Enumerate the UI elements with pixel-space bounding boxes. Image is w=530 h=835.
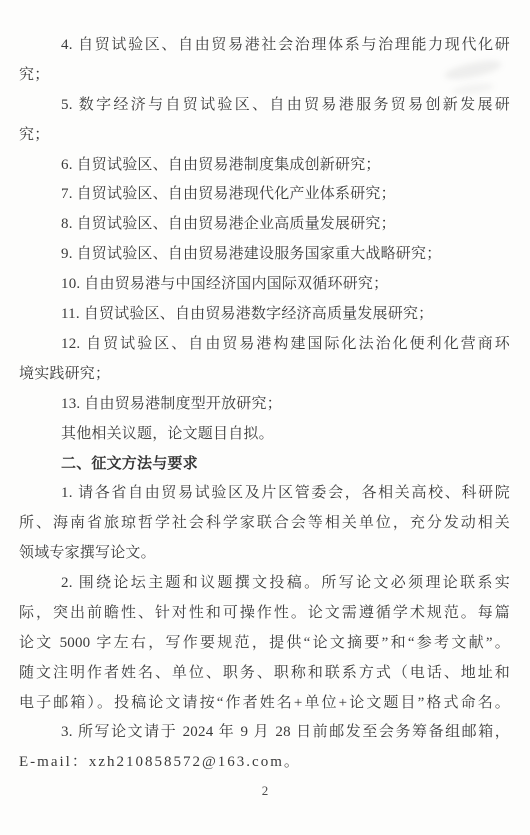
- topic-line: 13. 自由贸易港制度型开放研究；: [19, 390, 510, 420]
- body-line: 随文注明作者姓名、单位、职务、职称和联系方式（电话、地址和: [19, 659, 510, 689]
- topic-line: 10. 自由贸易港与中国经济国内国际双循环研究；: [19, 270, 510, 300]
- body-line: 论文 5000 字左右，写作要规范，提供“论文摘要”和“参考文献”。: [19, 629, 510, 659]
- topic-line: 11. 自贸试验区、自由贸易港数字经济高质量发展研究；: [19, 300, 510, 330]
- body-line: 2. 围绕论坛主题和议题撰文投稿。所写论文必须理论联系实: [19, 569, 510, 599]
- body-line: 3. 所写论文请于 2024 年 9 月 28 日前邮发至会务筹备组邮箱，: [19, 718, 510, 748]
- document-page: 4. 自贸试验区、自由贸易港社会治理体系与治理能力现代化研 究； 5. 数字经济…: [0, 0, 530, 835]
- email-line: E-mail：xzh210858572@163.com。: [19, 748, 510, 778]
- topic-line: 5. 数字经济与自贸试验区、自由贸易港服务贸易创新发展研: [19, 91, 510, 121]
- topic-line: 9. 自贸试验区、自由贸易港建设服务国家重大战略研究；: [19, 240, 510, 270]
- topic-line: 7. 自贸试验区、自由贸易港现代化产业体系研究；: [19, 180, 510, 210]
- body-line: 所、海南省旅琼哲学社会科学家联合会等相关单位，充分发动相关: [19, 509, 510, 539]
- topic-line: 究；: [19, 121, 510, 151]
- topic-line: 4. 自贸试验区、自由贸易港社会治理体系与治理能力现代化研: [19, 31, 510, 61]
- page-number: 2: [0, 783, 530, 799]
- document-body: 4. 自贸试验区、自由贸易港社会治理体系与治理能力现代化研 究； 5. 数字经济…: [19, 31, 510, 778]
- topic-line: 境实践研究；: [19, 360, 510, 390]
- body-line: 电子邮箱）。投稿论文请按“作者姓名+单位+论文题目”格式命名。: [19, 689, 510, 719]
- topic-line: 究；: [19, 61, 510, 91]
- section-heading: 二、征文方法与要求: [19, 449, 510, 479]
- body-line: 际，突出前瞻性、针对性和可操作性。论文需遵循学术规范。每篇: [19, 599, 510, 629]
- topic-line: 12. 自贸试验区、自由贸易港构建国际化法治化便利化营商环: [19, 330, 510, 360]
- body-line: 1. 请各省自由贸易试验区及片区管委会，各相关高校、科研院: [19, 479, 510, 509]
- topic-line: 8. 自贸试验区、自由贸易港企业高质量发展研究；: [19, 210, 510, 240]
- body-line: 领域专家撰写论文。: [19, 539, 510, 569]
- topic-line: 6. 自贸试验区、自由贸易港制度集成创新研究；: [19, 151, 510, 181]
- topic-closing-line: 其他相关议题，论文题目自拟。: [19, 420, 510, 450]
